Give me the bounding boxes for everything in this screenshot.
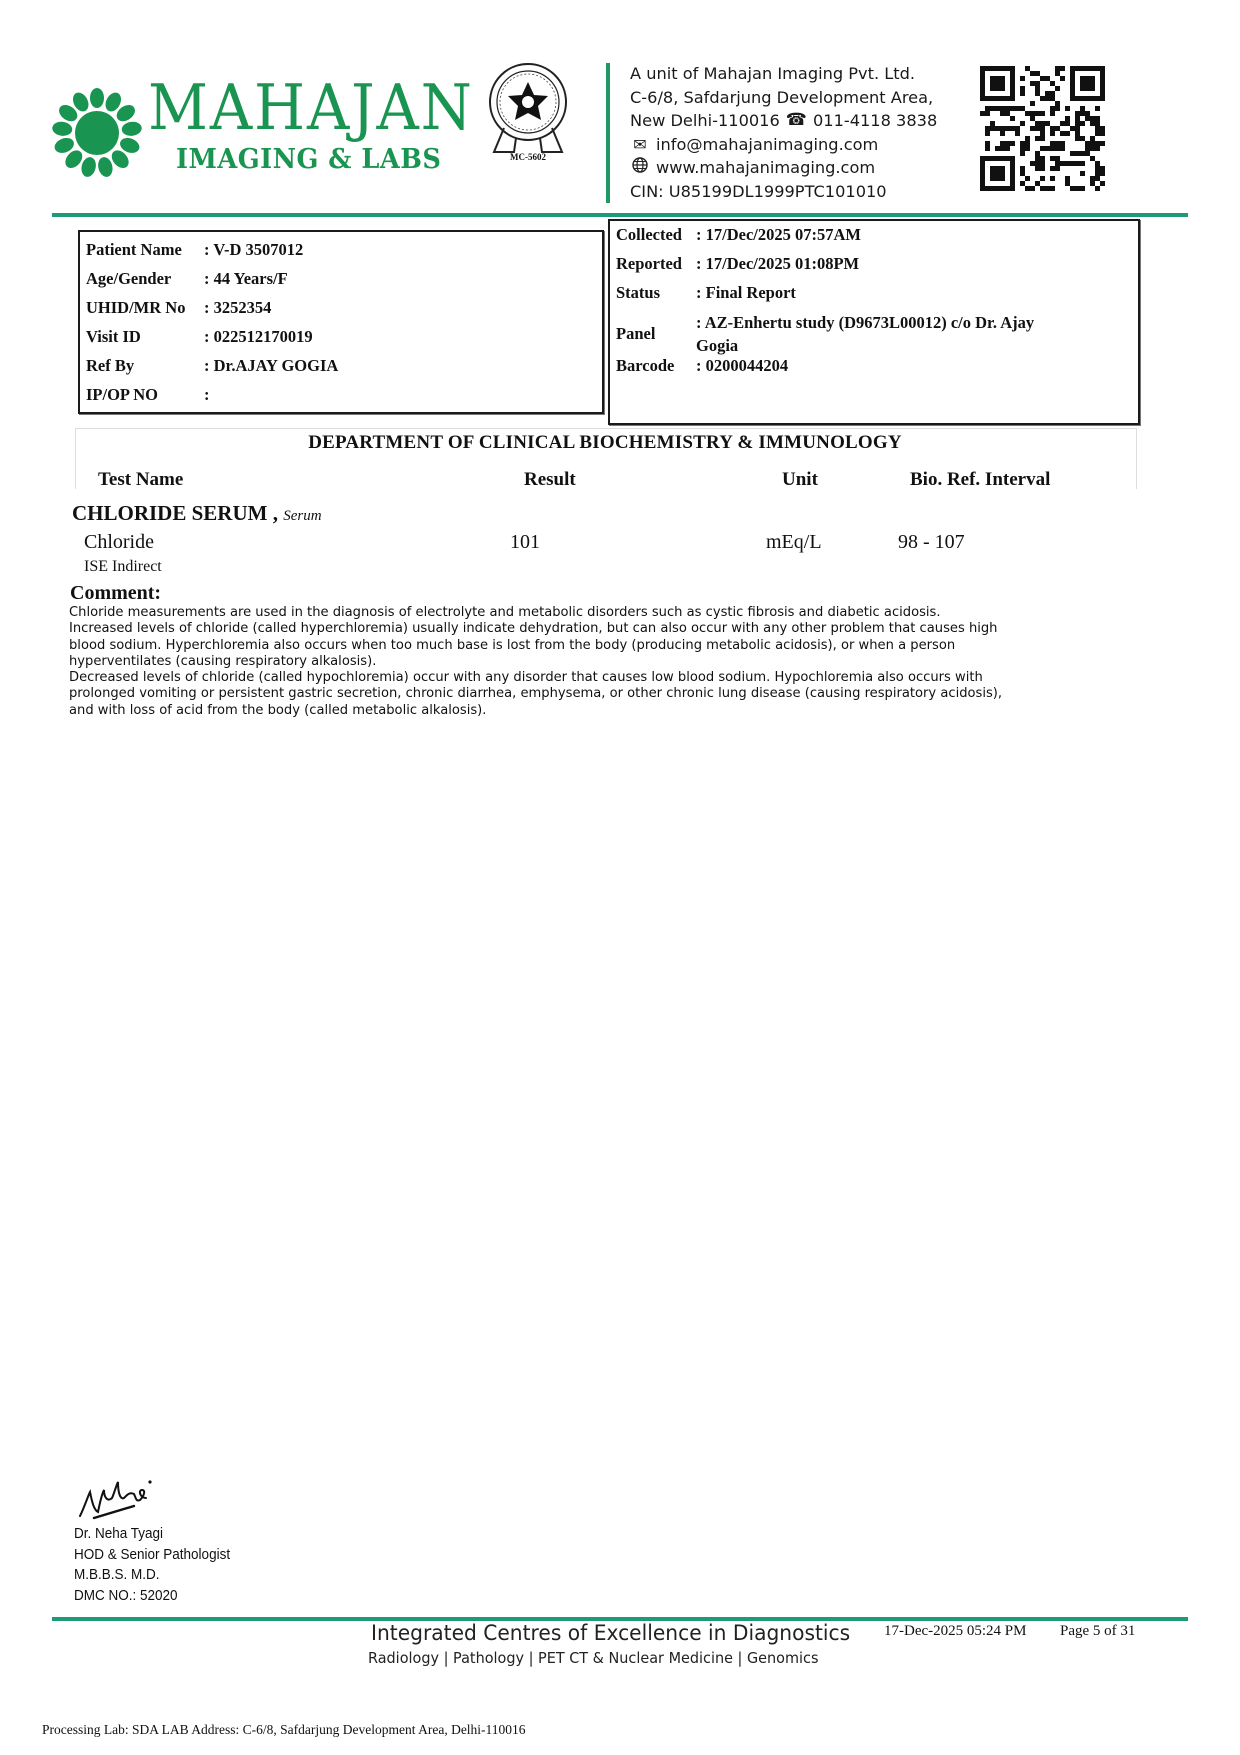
comment-heading: Comment: xyxy=(70,582,161,605)
field-value: : 44 Years/F xyxy=(204,269,288,289)
result-value: 101 xyxy=(510,531,540,554)
field-label: IP/OP NO xyxy=(86,385,158,405)
comment-line: hyperventilates (causing respiratory alk… xyxy=(69,654,1149,670)
address-city: New Delhi-110016 xyxy=(630,109,780,133)
field-value: : V-D 3507012 xyxy=(204,240,303,260)
email-line: ✉ info@mahajanimaging.com xyxy=(630,133,937,157)
footer-tagline: Integrated Centres of Excellence in Diag… xyxy=(371,1621,850,1646)
test-group-title: CHLORIDE SERUM , Serum xyxy=(72,501,322,526)
qr-code-icon xyxy=(980,66,1105,191)
field-label: UHID/MR No xyxy=(86,298,185,318)
result-test-name: Chloride xyxy=(84,531,154,554)
field-label: Collected xyxy=(616,225,682,245)
column-header-unit: Unit xyxy=(782,469,818,491)
test-group-specimen: Serum xyxy=(283,508,321,524)
footer-services: Radiology | Pathology | PET CT & Nuclear… xyxy=(368,1649,818,1667)
nabl-accreditation-seal-icon xyxy=(486,60,570,160)
field-label: Visit ID xyxy=(86,327,141,347)
field-value: : 17/Dec/2025 01:08PM xyxy=(696,254,859,274)
patient-info-box: Patient Name: V-D 3507012Age/Gender: 44 … xyxy=(78,230,604,414)
brand-name: MAHAJAN xyxy=(148,76,474,139)
report-info-box: Collected: 17/Dec/2025 07:57AMReported: … xyxy=(608,219,1140,425)
field-value: : AZ-Enhertu study (D9673L00012) c/o Dr.… xyxy=(696,313,1034,333)
globe-icon xyxy=(630,156,650,180)
field-label: Ref By xyxy=(86,356,134,376)
field-value: : Dr.AJAY GOGIA xyxy=(204,356,338,376)
field-label: Barcode xyxy=(616,356,674,376)
header-divider xyxy=(606,63,610,203)
result-ref-interval: 98 - 107 xyxy=(898,531,965,554)
field-value: : 17/Dec/2025 07:57AM xyxy=(696,225,861,245)
address-line-2: New Delhi-110016 ☎ 011-4118 3838 xyxy=(630,109,937,133)
processing-lab-address: Processing Lab: SDA LAB Address: C-6/8, … xyxy=(42,1722,526,1738)
sunflower-logo-icon xyxy=(52,88,142,178)
accreditation-code: MC-5602 xyxy=(496,152,560,162)
comment-line: Decreased levels of chloride (called hyp… xyxy=(69,670,1149,686)
unit-line: A unit of Mahajan Imaging Pvt. Ltd. xyxy=(630,62,937,86)
website-link[interactable]: www.mahajanimaging.com xyxy=(656,156,875,180)
telephone-icon: ☎ xyxy=(786,109,807,133)
test-group-name: CHLORIDE SERUM , xyxy=(72,501,278,525)
contact-block: A unit of Mahajan Imaging Pvt. Ltd. C-6/… xyxy=(630,62,937,203)
field-value: : 0200044204 xyxy=(696,356,788,376)
comment-body: Chloride measurements are used in the di… xyxy=(69,605,1149,719)
brand-subtitle: IMAGING & LABS xyxy=(176,146,441,173)
comment-line: prolonged vomiting or persistent gastric… xyxy=(69,686,1149,702)
envelope-icon: ✉ xyxy=(630,133,650,157)
signatory-title: HOD & Senior Pathologist xyxy=(74,1545,230,1566)
signatory-degrees: M.B.B.S. M.D. xyxy=(74,1565,230,1586)
phone-number: 011-4118 3838 xyxy=(813,109,937,133)
department-title: DEPARTMENT OF CLINICAL BIOCHEMISTRY & IM… xyxy=(75,432,1135,454)
comment-line: Chloride measurements are used in the di… xyxy=(69,605,1149,621)
field-label: Patient Name xyxy=(86,240,182,260)
field-value: : 3252354 xyxy=(204,298,271,318)
signatory-registration: DMC NO.: 52020 xyxy=(74,1586,230,1607)
comment-line: blood sodium. Hyperchloremia also occurs… xyxy=(69,638,1149,654)
signatory-name: Dr. Neha Tyagi xyxy=(74,1524,230,1545)
column-header-result: Result xyxy=(524,469,576,491)
field-value: : xyxy=(204,385,210,405)
email-link[interactable]: info@mahajanimaging.com xyxy=(656,133,878,157)
result-method: ISE Indirect xyxy=(84,558,162,576)
field-value-continued: Gogia xyxy=(696,336,738,356)
field-value: : 022512170019 xyxy=(204,327,313,347)
column-header-ref-interval: Bio. Ref. Interval xyxy=(910,469,1050,491)
field-label: Status xyxy=(616,283,660,303)
address-line-1: C-6/8, Safdarjung Development Area, xyxy=(630,86,937,110)
result-unit: mEq/L xyxy=(766,531,822,554)
signatory-block: Dr. Neha Tyagi HOD & Senior Pathologist … xyxy=(74,1524,230,1606)
printed-timestamp: 17-Dec-2025 05:24 PM xyxy=(884,1623,1027,1640)
field-value: : Final Report xyxy=(696,283,796,303)
comment-line: Increased levels of chloride (called hyp… xyxy=(69,621,1149,637)
header-rule xyxy=(52,213,1188,217)
cin-line: CIN: U85199DL1999PTC101010 xyxy=(630,180,937,204)
field-label: Age/Gender xyxy=(86,269,171,289)
comment-line: and with loss of acid from the body (cal… xyxy=(69,703,1149,719)
column-header-test-name: Test Name xyxy=(98,469,183,491)
page-number: Page 5 of 31 xyxy=(1060,1623,1135,1640)
field-label: Panel xyxy=(616,324,655,344)
signature-image xyxy=(74,1472,164,1522)
field-label: Reported xyxy=(616,254,682,274)
website-line: www.mahajanimaging.com xyxy=(630,156,937,180)
